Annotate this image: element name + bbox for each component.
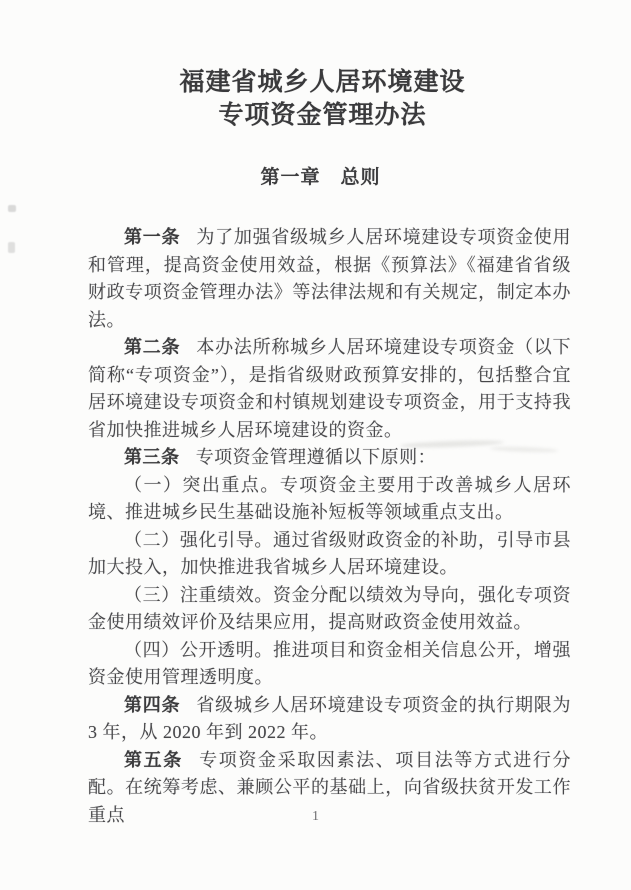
scanned-document-page: 福建省城乡人居环境建设 专项资金管理办法 第一章 总则 第一条为了加强省级城乡人… [0, 0, 631, 890]
article-number: 第一条 [124, 227, 180, 247]
chapter-heading: 第一章 总则 [0, 165, 631, 191]
paragraph-article-2: 第二条本办法所称城乡人居环境建设专项资金（以下简称“专项资金”），是指省级财政预… [88, 334, 571, 444]
article-number: 第五条 [124, 750, 183, 770]
paragraph-article-1: 第一条为了加强省级城乡人居环境建设专项资金使用和管理，提高资金使用效益，根据《预… [88, 224, 571, 334]
paragraph-text: （三）注重绩效。资金分配以绩效为导向，强化专项资金使用绩效评价及结果应用，提高财… [88, 585, 571, 633]
document-title-line-1: 福建省城乡人居环境建设 [14, 66, 631, 99]
page-number: 1 [0, 809, 631, 825]
document-body: 第一条为了加强省级城乡人居环境建设专项资金使用和管理，提高资金使用效益，根据《预… [88, 224, 571, 829]
paragraph-item-3: （三）注重绩效。资金分配以绩效为导向，强化专项资金使用绩效评价及结果应用，提高财… [88, 582, 571, 637]
paragraph-text: 专项资金管理遵循以下原则： [196, 447, 437, 467]
article-number: 第四条 [124, 695, 180, 715]
paragraph-item-4: （四）公开透明。推进项目和资金相关信息公开，增强资金使用管理透明度。 [88, 637, 571, 692]
paragraph-text: （一）突出重点。专项资金主要用于改善城乡人居环境、推进城乡民生基础设施补短板等领… [88, 475, 571, 523]
scan-speck [8, 242, 15, 253]
paragraph-item-2: （二）强化引导。通过省级财政资金的补助，引导市县加大投入，加快推进我省城乡人居环… [88, 527, 571, 582]
paragraph-text: （二）强化引导。通过省级财政资金的补助，引导市县加大投入，加快推进我省城乡人居环… [88, 530, 571, 578]
scan-speck [8, 205, 16, 212]
document-title-line-2: 专项资金管理办法 [14, 99, 631, 132]
paragraph-article-4: 第四条省级城乡人居环境建设专项资金的执行期限为 3 年，从 2020 年到 20… [88, 692, 571, 747]
paragraph-item-1: （一）突出重点。专项资金主要用于改善城乡人居环境、推进城乡民生基础设施补短板等领… [88, 472, 571, 527]
article-number: 第二条 [124, 337, 180, 357]
article-number: 第三条 [124, 447, 180, 467]
paragraph-text: （四）公开透明。推进项目和资金相关信息公开，增强资金使用管理透明度。 [88, 640, 571, 688]
document-title: 福建省城乡人居环境建设 专项资金管理办法 [0, 0, 631, 132]
